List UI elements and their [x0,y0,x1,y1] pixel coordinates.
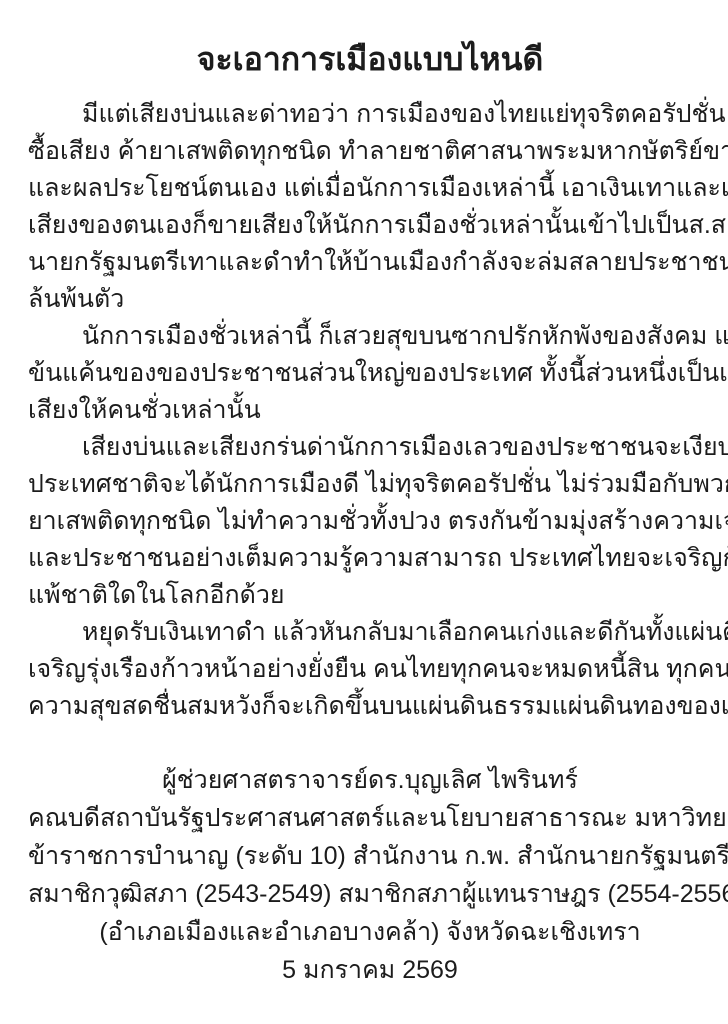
signature-line: (อำเภอเมืองและอำเภอบางคล้า) จังหวัดฉะเชิ… [28,913,712,951]
paragraph-line: ยาเสพติดทุกชนิด ไม่ทำความชั่วทั้งปวง ตรง… [28,503,712,540]
paragraph-line: ข้นแค้นของของประชาชนส่วนใหญ่ของประเทศ ทั… [28,355,712,392]
paragraph-line: นักการเมืองชั่วเหล่านี้ ก็เสวยสุขบนซากปร… [28,318,712,355]
paragraph-line: ความสุขสดชื่นสมหวังก็จะเกิดขึ้นบนแผ่นดิน… [28,688,712,725]
paragraph-line: แพ้ชาติใดในโลกอีกด้วย [28,577,712,614]
paragraph-line: นายกรัฐมนตรีเทาและดำทำให้บ้านเมืองกำลังจ… [28,244,712,281]
paragraph-line: และผลประโยชน์ตนเอง แต่เมื่อนักการเมืองเห… [28,170,712,207]
paragraph: มีแต่เสียงบ่นและด่าทอว่า การเมืองของไทยแ… [28,96,712,318]
signature-line: คณบดีสถาบันรัฐประศาสนศาสตร์และนโยบายสาธา… [28,799,712,837]
date-line: 5 มกราคม 2569 [28,951,712,989]
paragraph-line: เจริญรุ่งเรืองก้าวหน้าอย่างยั่งยืน คนไทย… [28,651,712,688]
paragraph-line: หยุดรับเงินเทาดำ แล้วหันกลับมาเลือกคนเก่… [28,614,712,651]
paragraph: หยุดรับเงินเทาดำ แล้วหันกลับมาเลือกคนเก่… [28,614,712,725]
signature-line: ข้าราชการบำนาญ (ระดับ 10) สำนักงาน ก.พ. … [28,837,712,875]
paragraph: นักการเมืองชั่วเหล่านี้ ก็เสวยสุขบนซากปร… [28,318,712,429]
paragraph-line: ประเทศชาติจะได้นักการเมืองดี ไม่ทุจริตคอ… [28,466,712,503]
document-title: จะเอาการเมืองแบบไหนดี [28,34,712,84]
signature-line: สมาชิกวุฒิสภา (2543-2549) สมาชิกสภาผู้แท… [28,875,712,913]
signature-block: ผู้ช่วยศาสตราจารย์ดร.บุญเลิศ ไพรินทร์คณบ… [28,761,712,989]
paragraph-line: ซื้อเสียง ค้ายาเสพติดทุกชนิด ทำลายชาติศา… [28,133,712,170]
paragraph-line: มีแต่เสียงบ่นและด่าทอว่า การเมืองของไทยแ… [28,96,712,133]
paragraph-line: และประชาชนอย่างเต็มความรู้ความสามารถ ประ… [28,540,712,577]
paragraph-line: เสียงบ่นและเสียงกร่นด่านักการเมืองเลวของ… [28,429,712,466]
document-page: จะเอาการเมืองแบบไหนดี มีแต่เสียงบ่นและด่… [0,0,728,1024]
paragraph-line: เสียงให้คนชั่วเหล่านั้น [28,392,712,429]
signature-line: ผู้ช่วยศาสตราจารย์ดร.บุญเลิศ ไพรินทร์ [28,761,712,799]
paragraph-line: ล้นพ้นตัว [28,281,712,318]
body-paragraphs: มีแต่เสียงบ่นและด่าทอว่า การเมืองของไทยแ… [28,96,712,725]
paragraph: เสียงบ่นและเสียงกร่นด่านักการเมืองเลวของ… [28,429,712,614]
signature-lines: ผู้ช่วยศาสตราจารย์ดร.บุญเลิศ ไพรินทร์คณบ… [28,761,712,951]
paragraph-line: เสียงของตนเองก็ขายเสียงให้นักการเมืองชั่… [28,207,712,244]
